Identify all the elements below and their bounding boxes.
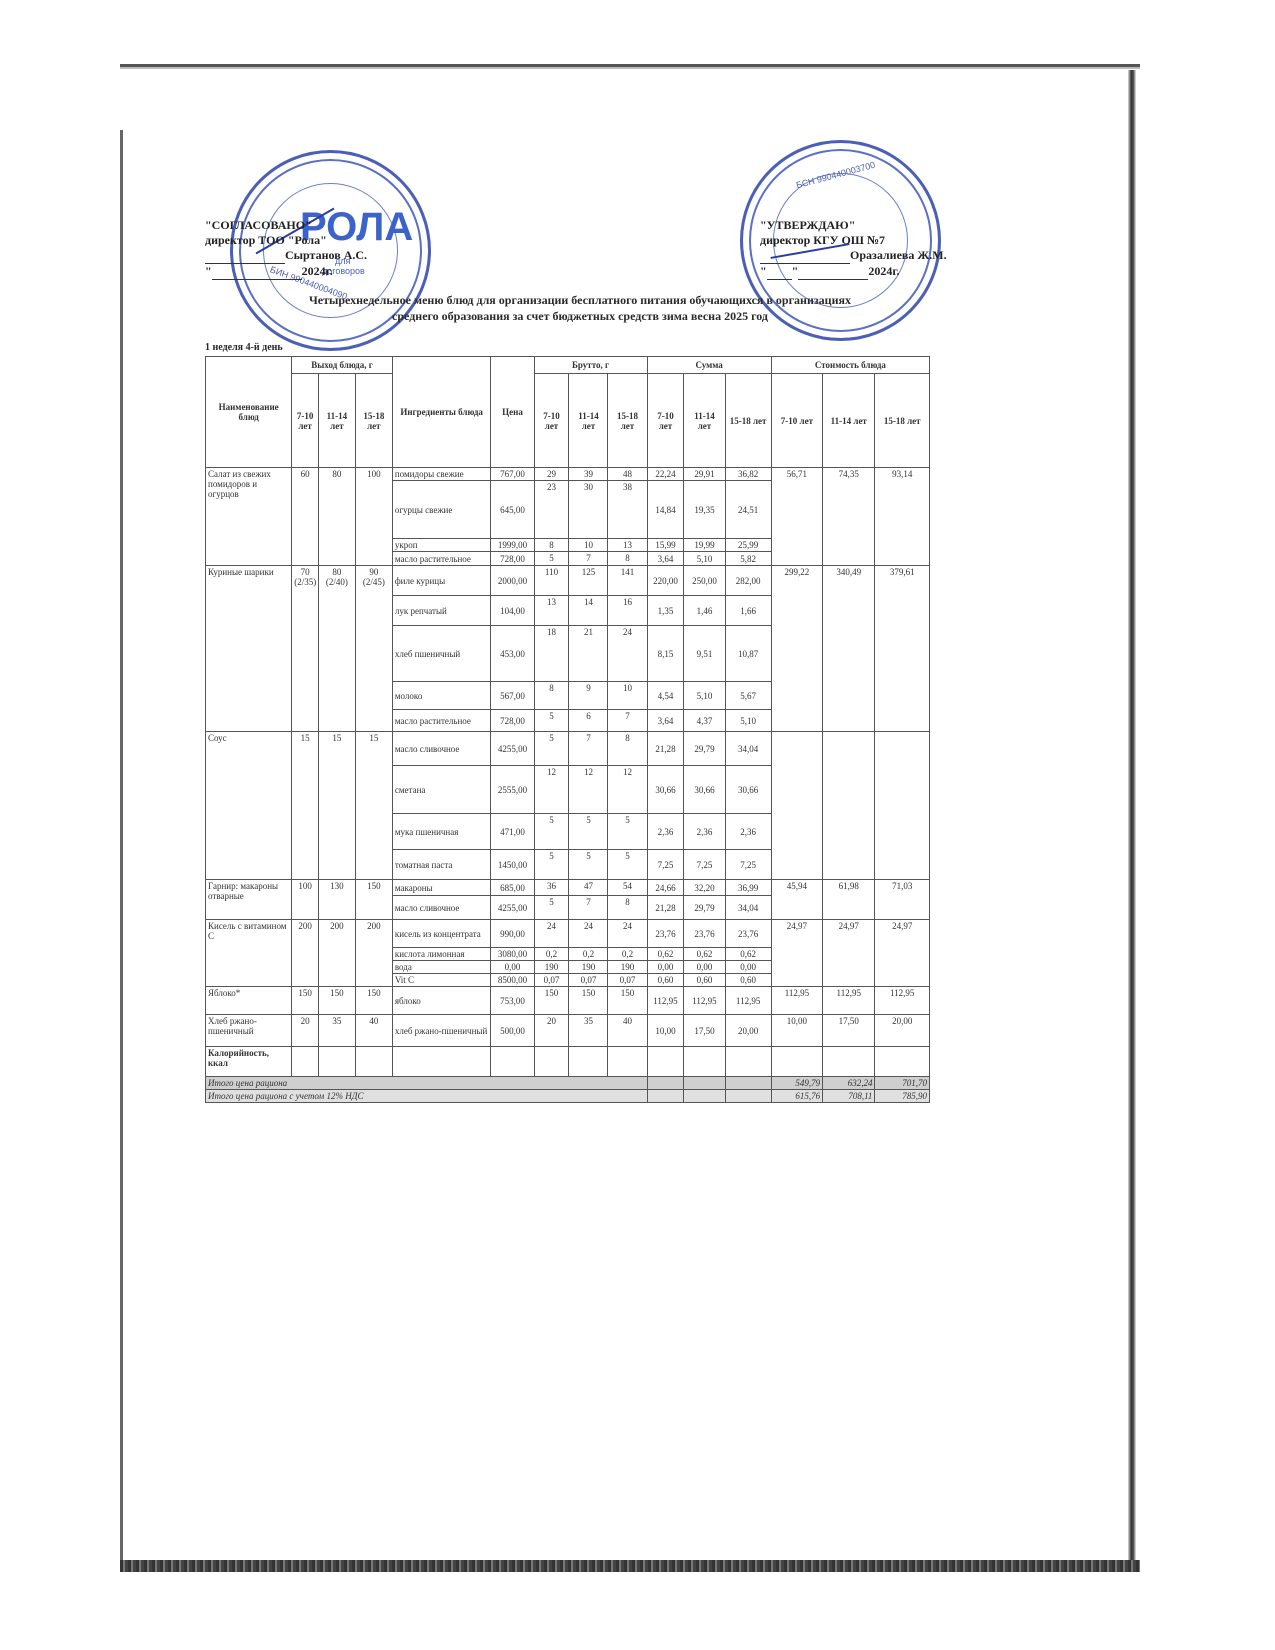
ingredient-name: Vit C <box>392 974 491 987</box>
ingredient-sum: 0,00 <box>725 961 771 974</box>
empty-cell <box>771 1047 822 1077</box>
ingredient-sum: 4,54 <box>647 682 684 710</box>
table-row: Гарнир: макароны отварные100130150макаро… <box>206 880 930 896</box>
ingredient-price: 2000,00 <box>491 566 534 596</box>
ingredient-price: 728,00 <box>491 552 534 566</box>
ingredient-sum: 24,66 <box>647 880 684 896</box>
ingredient-sum: 36,82 <box>725 468 771 481</box>
ingredient-sum: 112,95 <box>725 987 771 1015</box>
dish-cost: 340,49 <box>823 566 875 732</box>
dish-yield: 70 (2/35) <box>292 566 319 732</box>
approval-position: директор КГУ ОШ №7 <box>760 233 947 248</box>
ingredient-gross: 5 <box>534 896 569 920</box>
dish-cost: 10,00 <box>771 1015 822 1047</box>
dish-name: Хлеб ржано-пшеничный <box>206 1015 292 1047</box>
dish-yield: 150 <box>292 987 319 1015</box>
ingredient-gross: 12 <box>608 766 647 814</box>
header-yield-7-10: 7-10 лет <box>292 374 319 468</box>
ingredient-gross: 20 <box>534 1015 569 1047</box>
ingredient-gross: 23 <box>534 481 569 539</box>
dish-name: Салат из свежих помидоров и огурцов <box>206 468 292 566</box>
header-cost-15-18: 15-18 лет <box>875 374 930 468</box>
ingredient-gross: 0,2 <box>608 948 647 961</box>
ingredient-gross: 7 <box>569 732 608 766</box>
dish-cost: 24,97 <box>875 920 930 987</box>
approval-name: Оразалиева Ж.М. <box>850 248 947 262</box>
ingredient-gross: 190 <box>534 961 569 974</box>
ingredient-price: 2555,00 <box>491 766 534 814</box>
dish-yield: 80 <box>318 468 355 566</box>
ingredient-price: 753,00 <box>491 987 534 1015</box>
date-day-line <box>767 264 792 280</box>
dish-name: Куриные шарики <box>206 566 292 732</box>
empty-cell <box>355 1047 392 1077</box>
ingredient-name: укроп <box>392 539 491 552</box>
menu-table: Наименование блюд Выход блюда, г Ингреди… <box>205 356 930 1103</box>
empty-cell <box>725 1077 771 1090</box>
empty-cell <box>725 1047 771 1077</box>
ingredient-gross: 24 <box>608 626 647 682</box>
ingredient-sum: 5,10 <box>684 552 725 566</box>
ingredient-price: 500,00 <box>491 1015 534 1047</box>
ingredient-sum: 3,64 <box>647 710 684 732</box>
empty-cell <box>534 1047 569 1077</box>
empty-cell <box>823 1047 875 1077</box>
ingredient-gross: 13 <box>534 596 569 626</box>
dish-name: Соус <box>206 732 292 880</box>
ingredient-gross: 7 <box>569 552 608 566</box>
document-title: Четырехнедельное меню блюд для организац… <box>300 292 860 324</box>
empty-cell <box>392 1047 491 1077</box>
header-sum-15-18: 15-18 лет <box>725 374 771 468</box>
ingredient-gross: 8 <box>608 552 647 566</box>
ingredient-gross: 21 <box>569 626 608 682</box>
date-quote: " <box>760 264 767 278</box>
week-day-label: 1 неделя 4-й день <box>205 342 283 353</box>
total-row: Итого цена рациона 549,79 632,24 701,70 <box>206 1077 930 1090</box>
total-vat-15-18: 785,90 <box>875 1090 930 1103</box>
empty-cell <box>647 1047 684 1077</box>
ingredient-sum: 0,00 <box>647 961 684 974</box>
title-line-1: Четырехнедельное меню блюд для организац… <box>300 292 860 308</box>
ingredient-gross: 0,2 <box>569 948 608 961</box>
ingredient-sum: 1,66 <box>725 596 771 626</box>
ingredient-gross: 110 <box>534 566 569 596</box>
ingredient-sum: 23,76 <box>684 920 725 948</box>
ingredient-sum: 29,79 <box>684 732 725 766</box>
dish-cost: 61,98 <box>823 880 875 920</box>
ingredient-gross: 190 <box>608 961 647 974</box>
dish-cost: 56,71 <box>771 468 822 566</box>
dish-cost: 93,14 <box>875 468 930 566</box>
ingredient-name: огурцы свежие <box>392 481 491 539</box>
ingredient-gross: 24 <box>608 920 647 948</box>
empty-cell <box>684 1077 725 1090</box>
ingredient-gross: 10 <box>569 539 608 552</box>
dish-yield: 60 <box>292 468 319 566</box>
ingredient-price: 0,00 <box>491 961 534 974</box>
header-yield: Выход блюда, г <box>292 357 393 374</box>
ingredient-sum: 4,37 <box>684 710 725 732</box>
ingredient-price: 567,00 <box>491 682 534 710</box>
ingredient-price: 728,00 <box>491 710 534 732</box>
dish-cost: 112,95 <box>875 987 930 1015</box>
ingredient-gross: 48 <box>608 468 647 481</box>
header-sum-11-14: 11-14 лет <box>684 374 725 468</box>
ingredient-gross: 5 <box>569 814 608 850</box>
header-gross-7-10: 7-10 лет <box>534 374 569 468</box>
ingredient-price: 104,00 <box>491 596 534 626</box>
table-row: Куриные шарики70 (2/35)80 (2/40)90 (2/45… <box>206 566 930 596</box>
total-15-18: 701,70 <box>875 1077 930 1090</box>
ingredient-gross: 5 <box>534 732 569 766</box>
empty-cell <box>684 1047 725 1077</box>
header-price: Цена <box>491 357 534 468</box>
ingredient-sum: 30,66 <box>725 766 771 814</box>
total-vat-11-14: 708,11 <box>823 1090 875 1103</box>
ingredient-sum: 112,95 <box>647 987 684 1015</box>
dish-cost: 71,03 <box>875 880 930 920</box>
ingredient-sum: 0,62 <box>647 948 684 961</box>
total-vat-row: Итого цена рациона с учетом 12% НДС 615,… <box>206 1090 930 1103</box>
ingredient-gross: 30 <box>569 481 608 539</box>
ingredient-sum: 250,00 <box>684 566 725 596</box>
ingredient-sum: 23,76 <box>647 920 684 948</box>
ingredient-gross: 125 <box>569 566 608 596</box>
dish-cost: 112,95 <box>823 987 875 1015</box>
ingredient-gross: 5 <box>569 850 608 880</box>
empty-cell <box>569 1047 608 1077</box>
dish-cost: 112,95 <box>771 987 822 1015</box>
ingredient-sum: 32,20 <box>684 880 725 896</box>
empty-cell <box>318 1047 355 1077</box>
ingredient-gross: 150 <box>569 987 608 1015</box>
header-cost-11-14: 11-14 лет <box>823 374 875 468</box>
dish-yield: 200 <box>355 920 392 987</box>
empty-cell <box>725 1090 771 1103</box>
ingredient-gross: 54 <box>608 880 647 896</box>
ingredient-gross: 8 <box>608 896 647 920</box>
menu-table-body: Салат из свежих помидоров и огурцов60801… <box>206 468 930 1047</box>
ingredient-price: 8500,00 <box>491 974 534 987</box>
dish-yield: 100 <box>292 880 319 920</box>
dish-cost <box>875 732 930 880</box>
title-line-2: среднего образования за счет бюджетных с… <box>300 308 860 324</box>
ingredient-sum: 220,00 <box>647 566 684 596</box>
ingredient-gross: 5 <box>534 814 569 850</box>
ingredient-sum: 15,99 <box>647 539 684 552</box>
ingredient-sum: 2,36 <box>684 814 725 850</box>
ingredient-sum: 21,28 <box>647 732 684 766</box>
ingredient-gross: 16 <box>608 596 647 626</box>
ingredient-gross: 7 <box>569 896 608 920</box>
ingredient-gross: 24 <box>534 920 569 948</box>
header-gross: Брутто, г <box>534 357 647 374</box>
dish-cost <box>823 732 875 880</box>
dish-name: Яблоко* <box>206 987 292 1015</box>
ingredient-sum: 29,91 <box>684 468 725 481</box>
approval-year: 2024г. <box>868 264 899 278</box>
ingredient-gross: 6 <box>569 710 608 732</box>
ingredient-price: 471,00 <box>491 814 534 850</box>
dish-cost: 17,50 <box>823 1015 875 1047</box>
ingredient-name: вода <box>392 961 491 974</box>
ingredient-sum: 19,35 <box>684 481 725 539</box>
table-row: Соус151515масло сливочное4255,0057821,28… <box>206 732 930 766</box>
header-gross-11-14: 11-14 лет <box>569 374 608 468</box>
ingredient-sum: 0,60 <box>725 974 771 987</box>
ingredient-sum: 7,25 <box>725 850 771 880</box>
empty-cell <box>647 1077 684 1090</box>
dish-yield: 20 <box>292 1015 319 1047</box>
ingredient-gross: 12 <box>569 766 608 814</box>
approval-block-agreed: "СОГЛАСОВАНО" директор ТОО "Рола" Сыртан… <box>205 218 367 280</box>
ingredient-gross: 14 <box>569 596 608 626</box>
ingredient-price: 4255,00 <box>491 896 534 920</box>
ingredient-sum: 10,00 <box>647 1015 684 1047</box>
ingredient-gross: 9 <box>569 682 608 710</box>
ingredient-gross: 150 <box>534 987 569 1015</box>
ingredient-sum: 29,79 <box>684 896 725 920</box>
ingredient-name: сметана <box>392 766 491 814</box>
ingredient-gross: 5 <box>534 710 569 732</box>
ingredient-sum: 112,95 <box>684 987 725 1015</box>
header-yield-15-18: 15-18 лет <box>355 374 392 468</box>
dish-yield: 200 <box>292 920 319 987</box>
ingredient-sum: 5,10 <box>684 682 725 710</box>
ingredient-gross: 47 <box>569 880 608 896</box>
ingredient-sum: 5,67 <box>725 682 771 710</box>
scan-edge-top-shadow <box>120 67 1140 69</box>
ingredient-price: 645,00 <box>491 481 534 539</box>
ingredient-gross: 35 <box>569 1015 608 1047</box>
ingredient-gross: 24 <box>569 920 608 948</box>
dish-cost: 20,00 <box>875 1015 930 1047</box>
ingredient-sum: 0,60 <box>647 974 684 987</box>
ingredient-sum: 17,50 <box>684 1015 725 1047</box>
ingredient-gross: 0,07 <box>534 974 569 987</box>
ingredient-sum: 14,84 <box>647 481 684 539</box>
ingredient-name: масло растительное <box>392 552 491 566</box>
ingredient-price: 767,00 <box>491 468 534 481</box>
dish-yield: 35 <box>318 1015 355 1047</box>
total-vat-label: Итого цена рациона с учетом 12% НДС <box>206 1090 648 1103</box>
ingredient-gross: 5 <box>534 552 569 566</box>
table-row: Яблоко*150150150яблоко753,00150150150112… <box>206 987 930 1015</box>
ingredient-sum: 2,36 <box>647 814 684 850</box>
ingredient-sum: 0,62 <box>684 948 725 961</box>
empty-cell <box>684 1090 725 1103</box>
total-11-14: 632,24 <box>823 1077 875 1090</box>
ingredient-gross: 38 <box>608 481 647 539</box>
ingredient-sum: 282,00 <box>725 566 771 596</box>
dish-yield: 15 <box>318 732 355 880</box>
scan-edge-right <box>1128 70 1136 1570</box>
dish-cost: 299,22 <box>771 566 822 732</box>
ingredient-name: масло сливочное <box>392 732 491 766</box>
ingredient-sum: 8,15 <box>647 626 684 682</box>
ingredient-price: 3080,00 <box>491 948 534 961</box>
ingredient-gross: 5 <box>608 814 647 850</box>
dish-cost: 24,97 <box>771 920 822 987</box>
total-7-10: 549,79 <box>771 1077 822 1090</box>
dish-yield: 100 <box>355 468 392 566</box>
header-sum-7-10: 7-10 лет <box>647 374 684 468</box>
ingredient-name: лук репчатый <box>392 596 491 626</box>
ingredient-gross: 8 <box>608 732 647 766</box>
approval-title: "УТВЕРЖДАЮ" <box>760 218 947 233</box>
dish-yield: 80 (2/40) <box>318 566 355 732</box>
ingredient-sum: 1,35 <box>647 596 684 626</box>
date-month-line <box>798 264 868 280</box>
ingredient-gross: 7 <box>608 710 647 732</box>
ingredient-gross: 8 <box>534 682 569 710</box>
ingredient-name: хлеб ржано-пшеничный <box>392 1015 491 1047</box>
ingredient-gross: 39 <box>569 468 608 481</box>
dish-yield: 150 <box>318 987 355 1015</box>
ingredient-sum: 0,00 <box>684 961 725 974</box>
empty-cell <box>491 1047 534 1077</box>
calories-row: Калорийность, ккал <box>206 1047 930 1077</box>
dish-name: Гарнир: макароны отварные <box>206 880 292 920</box>
ingredient-gross: 18 <box>534 626 569 682</box>
approval-year: 2024г. <box>302 264 333 278</box>
scan-edge-bottom <box>120 1560 1140 1572</box>
ingredient-gross: 5 <box>608 850 647 880</box>
signature-line <box>205 248 285 264</box>
ingredient-sum: 22,24 <box>647 468 684 481</box>
ingredient-sum: 7,25 <box>684 850 725 880</box>
dish-yield: 150 <box>355 987 392 1015</box>
ingredient-gross: 8 <box>534 539 569 552</box>
ingredient-gross: 36 <box>534 880 569 896</box>
ingredient-name: помидоры свежие <box>392 468 491 481</box>
header-dish-name: Наименование блюд <box>206 357 292 468</box>
ingredient-sum: 10,87 <box>725 626 771 682</box>
date-quote: " <box>205 264 212 278</box>
approval-name: Сыртанов А.С. <box>285 248 367 262</box>
ingredient-sum: 24,51 <box>725 481 771 539</box>
ingredient-gross: 13 <box>608 539 647 552</box>
header-cost-7-10: 7-10 лет <box>771 374 822 468</box>
total-label: Итого цена рациона <box>206 1077 648 1090</box>
ingredient-sum: 19,99 <box>684 539 725 552</box>
ingredient-sum: 9,51 <box>684 626 725 682</box>
ingredient-price: 1999,00 <box>491 539 534 552</box>
header-gross-15-18: 15-18 лет <box>608 374 647 468</box>
approval-title: "СОГЛАСОВАНО" <box>205 218 367 233</box>
scan-edge-left <box>120 130 123 1570</box>
dish-yield: 15 <box>292 732 319 880</box>
header-yield-11-14: 11-14 лет <box>318 374 355 468</box>
ingredient-sum: 2,36 <box>725 814 771 850</box>
ingredient-price: 4255,00 <box>491 732 534 766</box>
ingredient-name: масло сливочное <box>392 896 491 920</box>
ingredient-sum: 25,99 <box>725 539 771 552</box>
ingredient-gross: 0,2 <box>534 948 569 961</box>
ingredient-sum: 0,60 <box>684 974 725 987</box>
total-vat-7-10: 615,76 <box>771 1090 822 1103</box>
ingredient-sum: 5,10 <box>725 710 771 732</box>
ingredient-sum: 1,46 <box>684 596 725 626</box>
ingredient-price: 453,00 <box>491 626 534 682</box>
ingredient-sum: 34,04 <box>725 732 771 766</box>
ingredient-price: 685,00 <box>491 880 534 896</box>
ingredient-price: 990,00 <box>491 920 534 948</box>
empty-cell <box>292 1047 319 1077</box>
ingredient-sum: 3,64 <box>647 552 684 566</box>
dish-yield: 40 <box>355 1015 392 1047</box>
header-ingredients: Ингредиенты блюда <box>392 357 491 468</box>
dish-cost: 74,35 <box>823 468 875 566</box>
ingredient-sum: 21,28 <box>647 896 684 920</box>
empty-cell <box>647 1090 684 1103</box>
ingredient-gross: 141 <box>608 566 647 596</box>
dish-cost: 45,94 <box>771 880 822 920</box>
ingredient-gross: 12 <box>534 766 569 814</box>
dish-name: Кисель с витамином С <box>206 920 292 987</box>
dish-yield: 130 <box>318 880 355 920</box>
dish-yield: 90 (2/45) <box>355 566 392 732</box>
ingredient-name: макароны <box>392 880 491 896</box>
ingredient-name: масло растительное <box>392 710 491 732</box>
empty-cell <box>875 1047 930 1077</box>
ingredient-sum: 20,00 <box>725 1015 771 1047</box>
calories-label: Калорийность, ккал <box>206 1047 292 1077</box>
date-line <box>212 264 302 280</box>
header-cost: Стоимость блюда <box>771 357 929 374</box>
ingredient-gross: 29 <box>534 468 569 481</box>
ingredient-gross: 5 <box>534 850 569 880</box>
ingredient-sum: 36,99 <box>725 880 771 896</box>
ingredient-sum: 34,04 <box>725 896 771 920</box>
approval-block-approved: "УТВЕРЖДАЮ" директор КГУ ОШ №7 Оразалиев… <box>760 218 947 280</box>
ingredient-name: кислота лимонная <box>392 948 491 961</box>
dish-yield: 150 <box>355 880 392 920</box>
ingredient-sum: 0,62 <box>725 948 771 961</box>
signature-line <box>760 248 850 264</box>
ingredient-sum: 23,76 <box>725 920 771 948</box>
empty-cell <box>608 1047 647 1077</box>
ingredient-name: яблоко <box>392 987 491 1015</box>
ingredient-sum: 30,66 <box>684 766 725 814</box>
dish-cost: 379,61 <box>875 566 930 732</box>
ingredient-gross: 0,07 <box>608 974 647 987</box>
table-row: Салат из свежих помидоров и огурцов60801… <box>206 468 930 481</box>
dish-cost <box>771 732 822 880</box>
ingredient-name: мука пшеничная <box>392 814 491 850</box>
table-row: Хлеб ржано-пшеничный203540хлеб ржано-пше… <box>206 1015 930 1047</box>
ingredient-name: томатная паста <box>392 850 491 880</box>
dish-yield: 200 <box>318 920 355 987</box>
ingredient-gross: 190 <box>569 961 608 974</box>
ingredient-gross: 0,07 <box>569 974 608 987</box>
table-row: Кисель с витамином С200200200кисель из к… <box>206 920 930 948</box>
ingredient-sum: 5,82 <box>725 552 771 566</box>
dish-yield: 15 <box>355 732 392 880</box>
ingredient-gross: 150 <box>608 987 647 1015</box>
approval-position: директор ТОО "Рола" <box>205 233 367 248</box>
ingredient-gross: 10 <box>608 682 647 710</box>
date-quote-mid: " <box>792 264 799 278</box>
header-sum: Сумма <box>647 357 771 374</box>
dish-cost: 24,97 <box>823 920 875 987</box>
ingredient-sum: 7,25 <box>647 850 684 880</box>
ingredient-gross: 40 <box>608 1015 647 1047</box>
ingredient-name: хлеб пшеничный <box>392 626 491 682</box>
ingredient-sum: 30,66 <box>647 766 684 814</box>
ingredient-price: 1450,00 <box>491 850 534 880</box>
